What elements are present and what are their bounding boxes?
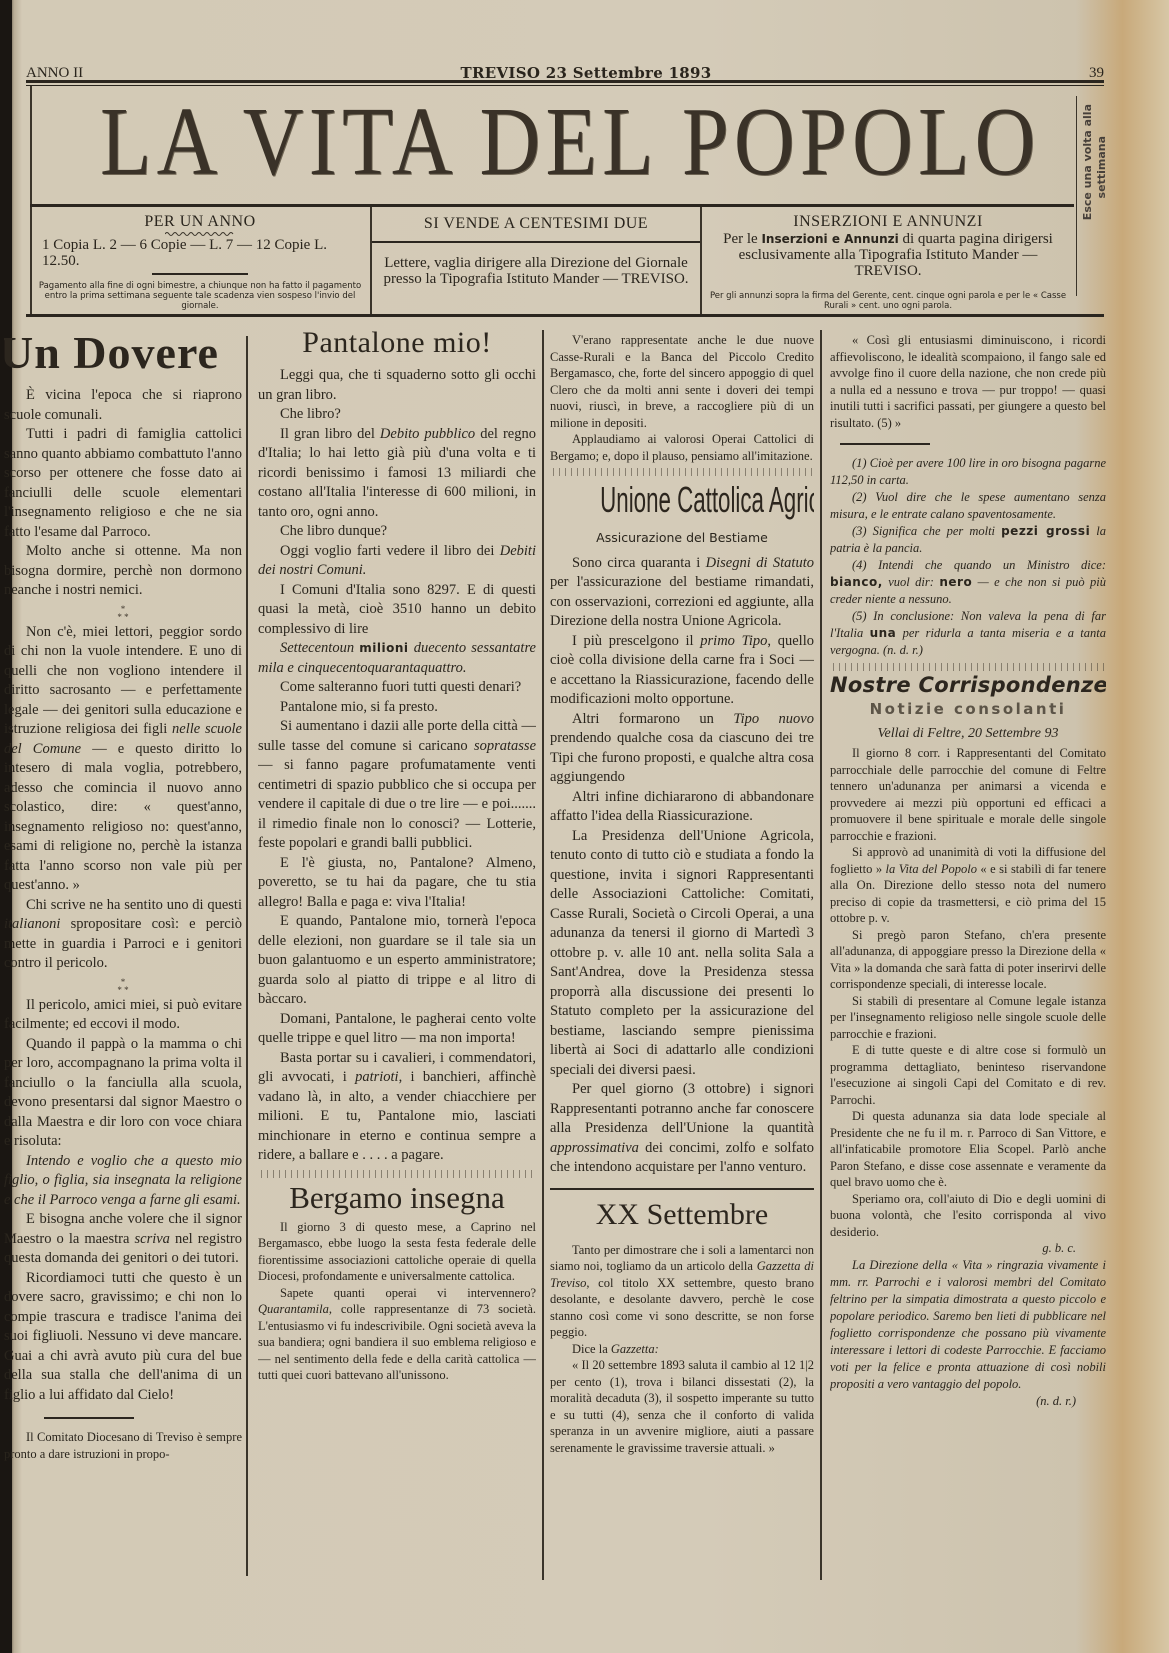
side-note-line2: settimana — [1095, 136, 1108, 198]
paragraph: Di questa adunanza sia data lode special… — [830, 1108, 1106, 1191]
paragraph: Intendo e voglio che a questo mio figlio… — [4, 1152, 242, 1211]
paragraph: Basta portar su i cavalieri, i commendat… — [258, 1049, 536, 1166]
footnote: (3) Significa che per molti pezzi grossi… — [830, 523, 1106, 557]
paragraph: Il gran libro del Debito pubblico del re… — [258, 425, 536, 523]
wavy-divider — [830, 663, 1106, 671]
article-title-corrispondenze: Nostre Corrispondenze — [830, 675, 1106, 696]
column-4: « Così gli entusiasmi diminuiscono, i ri… — [830, 326, 1106, 1626]
asterism: ** * — [4, 605, 242, 621]
paragraph: Speriamo ora, coll'aiuto di Dio e degli … — [830, 1191, 1106, 1241]
paragraph: Che libro dunque? — [258, 522, 536, 542]
header-rule — [26, 80, 1104, 83]
paragraph: Applaudiamo ai valorosi Operai Cattolici… — [550, 431, 814, 464]
paragraph: Quando il pappà o la mamma o chi per lor… — [4, 1035, 242, 1152]
article-title-bergamo: Bergamo insegna — [258, 1182, 536, 1213]
paragraph: Il giorno 8 corr. i Rappresentanti del C… — [830, 745, 1106, 844]
paragraph: Settecentoun milioni duecento sessantatr… — [258, 639, 536, 678]
column-divider — [820, 330, 822, 1580]
paragraph: Il Comitato Diocesano di Treviso è sempr… — [4, 1429, 242, 1462]
paragraph: Il pericolo, amici miei, si può evitare … — [4, 996, 242, 1035]
article-title-settembre: XX Settembre — [550, 1200, 814, 1230]
sale-title: SI VENDE A CENTESIMI DUE — [378, 215, 694, 233]
side-note-line1: Esce una volta alla — [1081, 104, 1094, 220]
paragraph: Si aumentano i dazii alle porte della ci… — [258, 717, 536, 854]
column-2: Pantalone mio! Leggi qua, che ti squader… — [258, 326, 536, 1626]
signature: g. b. c. — [830, 1240, 1106, 1257]
paragraph: Domani, Pantalone, le pagherai cento vol… — [258, 1010, 536, 1049]
column-divider — [542, 330, 544, 1580]
ads-text-pre: Per le — [723, 231, 758, 247]
paragraph: Sapete quanti operai vi intervennero? Qu… — [258, 1285, 536, 1384]
paragraph: Come salteranno fuori tutti questi denar… — [258, 678, 536, 698]
masthead-bottom-rule — [26, 314, 1104, 317]
paragraph: Altri infine dichiararono di abbandonare… — [550, 788, 814, 827]
subscription-note: Pagamento alla fine di ogni bimestre, a … — [36, 281, 364, 311]
paragraph: È vicina l'epoca che si riaprono scuole … — [4, 386, 242, 425]
asterism: ** * — [4, 978, 242, 994]
paragraph: Chi scrive ne ha sentito uno di questi i… — [4, 896, 242, 974]
paragraph: Si pregò paron Stefano, ch'era presente … — [830, 927, 1106, 993]
masthead-side-note: Esce una volta alla settimana — [1076, 96, 1110, 296]
column-divider — [246, 336, 248, 1576]
footnote: (5) In conclusione: Non valeva la pena d… — [830, 608, 1106, 659]
paragraph: Tanto per dimostrare che i soli a lament… — [550, 1242, 814, 1341]
paragraph: Altri formarono un Tipo nuovo prendendo … — [550, 710, 814, 788]
paragraph: Ricordiamoci tutti che questo è un dover… — [4, 1269, 242, 1406]
sale-box: SI VENDE A CENTESIMI DUE Lettere, vaglia… — [370, 207, 700, 316]
paragraph: I Comuni d'Italia sono 8297. E di questi… — [258, 581, 536, 640]
paragraph: « Il 20 settembre 1893 saluta il cambio … — [550, 1357, 814, 1456]
correspondence-dateline: Vellai di Feltre, 20 Settembre 93 — [830, 724, 1106, 744]
paragraph: E di tutte queste e di altre cose si for… — [830, 1042, 1106, 1108]
paragraph: Dice la Gazzetta: — [550, 1341, 814, 1358]
article-title-pantalone: Pantalone mio! — [258, 328, 536, 358]
article-title-unione: Unione Cattolica Agricola — [600, 482, 764, 518]
paragraph: Per quel giorno (3 ottobre) i signori Ra… — [550, 1080, 814, 1178]
subscription-prices: 1 Copia L. 2 — 6 Copie — L. 7 — 12 Copie… — [36, 237, 364, 269]
subscription-box: PER UN ANNO 1 Copia L. 2 — 6 Copie — L. … — [30, 207, 370, 316]
ads-text: Per le Inserzioni e Annunzi di quarta pa… — [708, 231, 1068, 279]
footnote-rule — [840, 443, 930, 445]
masthead-info-row: PER UN ANNO 1 Copia L. 2 — 6 Copie — L. … — [30, 204, 1074, 316]
ads-box: INSERZIONI E ANNUNZI Per le Inserzioni e… — [700, 207, 1074, 316]
column-1: Un Dovere È vicina l'epoca che si riapro… — [4, 326, 242, 1626]
paragraph: Molto anche si ottenne. Ma non bisogna d… — [4, 542, 242, 601]
paragraph: V'erano rappresentate anche le due nuove… — [550, 332, 814, 431]
paragraph: Tutti i padri di famiglia cattolici sann… — [4, 425, 242, 542]
paragraph: Oggi voglio farti vedere il libro dei De… — [258, 542, 536, 581]
section-rule — [44, 1417, 134, 1419]
paragraph: Il giorno 3 di questo mese, a Caprino ne… — [258, 1219, 536, 1285]
paragraph: Sono circa quaranta i Disegni di Statuto… — [550, 554, 814, 632]
paragraph: E bisogna anche volere che il signor Mae… — [4, 1210, 242, 1269]
footnote: (2) Vuol dire che le spese aumentano sen… — [830, 489, 1106, 523]
newspaper-page: ANNO II TREVISO 23 Settembre 1893 39 LA … — [0, 0, 1169, 1653]
subscription-title: PER UN ANNO — [36, 213, 364, 231]
paragraph: Si stabilì di presentare al Comune legal… — [830, 993, 1106, 1043]
sale-rule — [372, 241, 700, 243]
paragraph: Leggi qua, che ti squaderno sotto gli oc… — [258, 366, 536, 405]
masthead-title: LA VITA DEL POPOLO — [100, 92, 874, 192]
article-title-dovere: Un Dovere — [4, 330, 242, 376]
footnote: (4) Intendi che quando un Ministro dice:… — [830, 557, 1106, 608]
article-subtitle-unione: Assicurazione del Bestiame — [550, 528, 814, 548]
ads-text-bold: Inserzioni e Annunzi — [761, 232, 898, 246]
editorial-note: La Direzione della « Vita » ringrazia vi… — [830, 1257, 1106, 1393]
column-3: V'erano rappresentate anche le due nuove… — [550, 326, 814, 1626]
editorial-signature: (n. d. r.) — [830, 1393, 1106, 1410]
wavy-divider — [258, 1170, 536, 1178]
short-rule — [152, 273, 248, 275]
paragraph: E quando, Pantalone mio, tornerà l'epoca… — [258, 912, 536, 1010]
paragraph: Non c'è, miei lettori, peggior sordo di … — [4, 623, 242, 896]
paragraph: « Così gli entusiasmi diminuiscono, i ri… — [830, 332, 1106, 431]
wavy-divider — [550, 468, 814, 476]
section-rule — [550, 1188, 814, 1190]
sale-text: Lettere, vaglia dirigere alla Direzione … — [378, 255, 694, 287]
paragraph: Si approvò ad unanimità di voti la diffu… — [830, 844, 1106, 927]
paragraph: La Presidenza dell'Unione Agricola, tenu… — [550, 827, 814, 1081]
ads-title: INSERZIONI E ANNUNZI — [708, 213, 1068, 231]
paragraph: Pantalone mio, si fa presto. — [258, 698, 536, 718]
ads-note: Per gli annunzi sopra la firma del Geren… — [708, 291, 1068, 311]
footnote: (1) Cioè per avere 100 lire in oro bisog… — [830, 455, 1106, 489]
paragraph: I più prescelgono il primo Tipo, quello … — [550, 632, 814, 710]
header-topline: ANNO II TREVISO 23 Settembre 1893 39 — [26, 58, 1104, 82]
article-subtitle-notizie: Notizie consolanti — [830, 700, 1106, 720]
paragraph: Che libro? — [258, 405, 536, 425]
paragraph: E l'è giusta, no, Pantalone? Almeno, pov… — [258, 854, 536, 913]
